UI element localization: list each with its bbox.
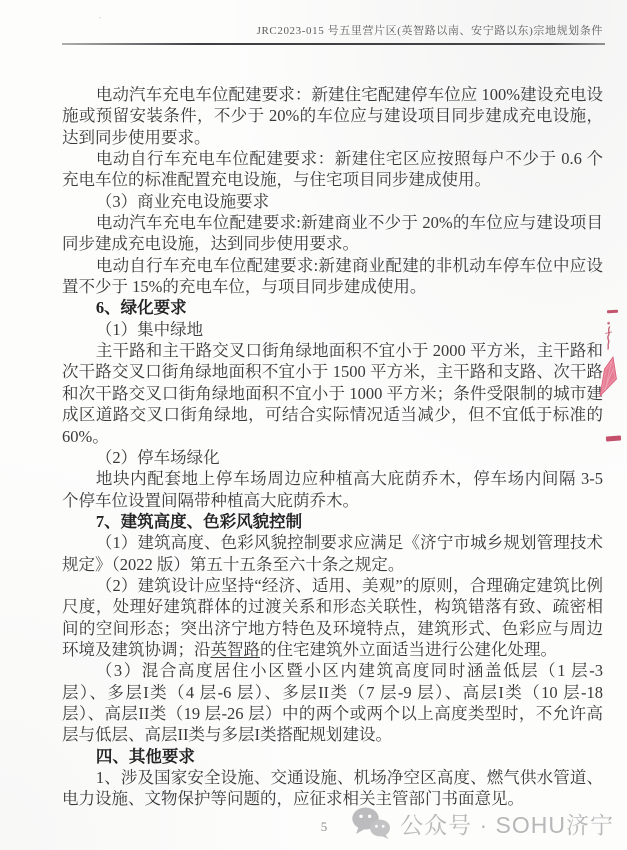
paragraph-text: 1、涉及国家安全设施、交通设施、机场净空区高度、燃气供水管道、电力设施、文物保护… xyxy=(62,768,603,808)
page-number: 5 xyxy=(0,819,627,835)
paragraph: 电动自行车充电车位配建要求：新建住宅区应按照每户不少于 0.6 个充电车位的标准… xyxy=(62,148,603,191)
paragraph: （2）建筑设计应坚持“经济、适用、美观”的原则，合理确定建筑比例尺度，处理好建筑… xyxy=(62,575,603,660)
paragraph: （1）建筑高度、色彩风貌控制要求应满足《济宁市城乡规划管理技术规定》（2022 … xyxy=(62,532,603,575)
underlined-road-name: 英智路 xyxy=(211,640,261,659)
paragraph-text: 电动自行车充电车位配建要求：新建住宅区应按照每户不少于 0.6 个充电车位的标准… xyxy=(62,149,603,189)
section-heading: 四、其他要求 xyxy=(62,746,603,767)
paragraph-text: （1）建筑高度、色彩风貌控制要求应满足《济宁市城乡规划管理技术规定》（2022 … xyxy=(62,533,603,573)
document-page: · JRC2023-015 号五里营片区(英智路以南、安宁路以东)宗地规划条件 … xyxy=(0,0,627,850)
paragraph: 1、涉及国家安全设施、交通设施、机场净空区高度、燃气供水管道、电力设施、文物保护… xyxy=(62,767,603,810)
paragraph-text: 的住宅建筑外立面适当进行公建化处理。 xyxy=(260,640,557,659)
paragraph: （1）集中绿地 xyxy=(62,319,603,340)
paragraph-text: （1）集中绿地 xyxy=(96,320,203,339)
paragraph-text: 7、建筑高度、色彩风貌控制 xyxy=(96,512,302,531)
paragraph: 地块内配套地上停车场周边应种植高大庇荫乔木，停车场内间隔 3-5 个停车位设置间… xyxy=(62,468,603,511)
paragraph: 电动汽车充电车位配建要求:新建商业不少于 20%的车位应与建设项目同步建成充电设… xyxy=(62,212,603,255)
paragraph-text: 电动汽车充电车位配建要求:新建商业不少于 20%的车位应与建设项目同步建成充电设… xyxy=(62,213,603,253)
page-header: JRC2023-015 号五里营片区(英智路以南、安宁路以东)宗地规划条件 xyxy=(62,22,603,38)
document-body: 电动汽车充电车位配建要求：新建住宅配建停车位应 100%建设充电设施或预留安装条… xyxy=(62,84,603,810)
paragraph: 电动汽车充电车位配建要求：新建住宅配建停车位应 100%建设充电设施或预留安装条… xyxy=(62,84,603,148)
red-dash-mark-top-icon xyxy=(607,310,618,314)
paragraph-text: 四、其他要求 xyxy=(96,747,195,766)
paragraph-text: 电动自行车充电车位配建要求:新建商业配建的非机动车停车位中应设置不少于 15%的… xyxy=(62,256,603,296)
red-ink-blot-icon xyxy=(597,356,620,397)
paragraph-text: （3）混合高度居住小区暨小区内建筑高度同时涵盖低层（1 层-3 层）、多层I类（… xyxy=(62,661,603,744)
header-title: JRC2023-015 号五里营片区(英智路以南、安宁路以东)宗地规划条件 xyxy=(257,25,603,37)
paragraph: 主干路和主干路交叉口街角绿地面积不宜小于 2000 平方米，主干路和次干路交叉口… xyxy=(62,340,603,447)
section-heading: 7、建筑高度、色彩风貌控制 xyxy=(62,511,603,532)
header-rule xyxy=(62,43,605,45)
paragraph: 电动自行车充电车位配建要求:新建商业配建的非机动车停车位中应设置不少于 15%的… xyxy=(62,255,603,298)
paragraph-text: 电动汽车充电车位配建要求：新建住宅配建停车位应 100%建设充电设施或预留安装条… xyxy=(62,85,603,147)
paragraph: （2）停车场绿化 xyxy=(62,447,603,468)
paragraph-text: （3）商业充电设施要求 xyxy=(96,192,269,211)
paragraph-text: 主干路和主干路交叉口街角绿地面积不宜小于 2000 平方米，主干路和次干路交叉口… xyxy=(62,341,603,445)
paragraph-text: （2）停车场绿化 xyxy=(96,448,220,467)
paragraph-text: 地块内配套地上停车场周边应种植高大庇荫乔木，停车场内间隔 3-5 个停车位设置间… xyxy=(62,469,603,509)
red-handwriting-mark-icon xyxy=(603,321,615,350)
red-dash-mark-bottom-icon xyxy=(606,435,621,441)
paragraph: （3）混合高度居住小区暨小区内建筑高度同时涵盖低层（1 层-3 层）、多层I类（… xyxy=(62,660,603,745)
paragraph-text: 6、绿化要求 xyxy=(96,298,187,317)
paragraph: （3）商业充电设施要求 xyxy=(62,191,603,212)
section-heading: 6、绿化要求 xyxy=(62,297,603,318)
